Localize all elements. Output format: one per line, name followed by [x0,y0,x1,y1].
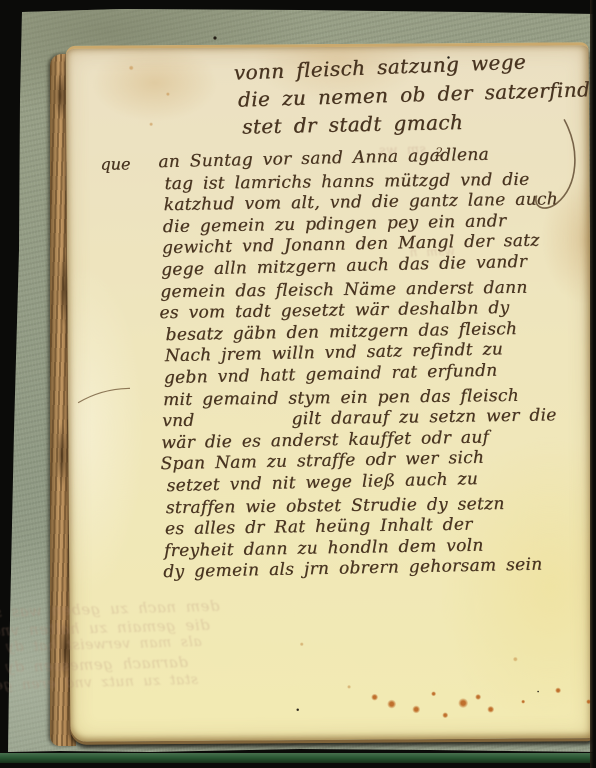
foxing-spot [371,693,378,700]
foxing-spot [412,705,420,713]
body-text-block: an Suntag vor sand Anna agadlenatag ist … [161,149,576,584]
foxing-spot [149,122,153,126]
foxing-spot [166,92,170,96]
dark-speck [537,691,539,693]
margin-pen-stroke [78,388,130,402]
foxing-spot [487,705,494,712]
foxing-spot [555,687,561,693]
table-edge-strip [0,753,596,763]
foxing-spot [512,656,517,661]
photo-frame: vonn fleisch satzung wegedie zu nemen ob… [0,0,596,768]
scan-right-shadow [590,0,596,768]
foxing-spot [431,691,436,696]
foxing-spot [128,65,133,70]
foxing-spot [475,694,481,700]
foxing-spot [458,698,468,708]
foxing-spot [442,712,448,718]
foxing-spot [521,700,525,704]
margin-note: que [100,154,130,173]
foxing-spot [347,685,351,689]
dark-speck [296,708,299,711]
manuscript-page: vonn fleisch satzung wegedie zu nemen ob… [66,42,594,742]
foxing-spot [300,642,304,646]
heading-block: vonn fleisch satzung wegedie zu nemen ob… [234,57,587,140]
foxing-spot [387,699,396,708]
